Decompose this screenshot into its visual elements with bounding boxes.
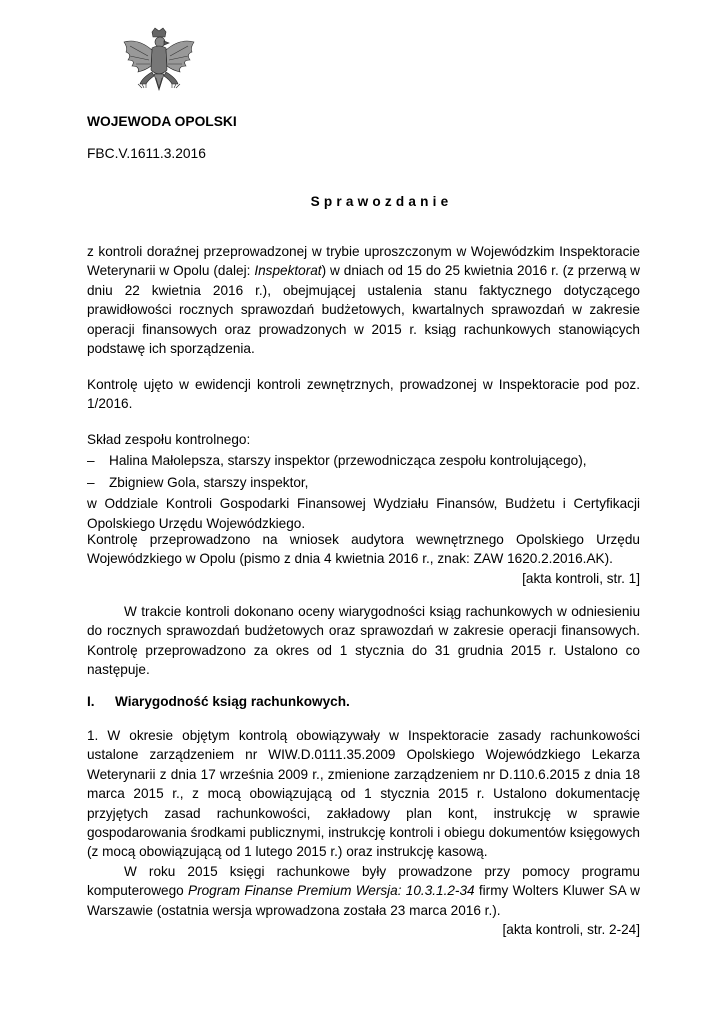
document-title: Sprawozdanie xyxy=(0,194,725,209)
intro-paragraph: z kontroli doraźnej przeprowadzonej w tr… xyxy=(87,242,640,358)
team-unit: w Oddziale Kontroli Gospodarki Finansowe… xyxy=(87,494,640,533)
team-member-text: Halina Małolepsza, starszy inspektor (pr… xyxy=(109,451,587,470)
section-title: Wiarygodność ksiąg rachunkowych. xyxy=(115,694,350,709)
request-paragraph: Kontrolę przeprowadzono na wniosek audyt… xyxy=(87,530,640,569)
point-1-paragraph: 1. W okresie objętym kontrolą obowiązywa… xyxy=(87,726,640,862)
team-member: – Zbigniew Gola, starszy inspektor, xyxy=(87,473,640,492)
reference-number: FBC.V.1611.3.2016 xyxy=(87,146,640,161)
intro-italic-term: Inspektorat xyxy=(254,263,321,278)
organization-name: WOJEWODA OPOLSKI xyxy=(87,114,640,129)
software-paragraph: W roku 2015 księgi rachunkowe były prowa… xyxy=(87,862,640,920)
section-heading: I.Wiarygodność ksiąg rachunkowych. xyxy=(87,694,640,709)
request-section: Kontrolę przeprowadzono na wniosek audyt… xyxy=(87,530,640,588)
registry-paragraph: Kontrolę ujęto w ewidencji kontroli zewn… xyxy=(87,375,640,414)
citation: [akta kontroli, str. 1] xyxy=(87,569,640,588)
team-member-text: Zbigniew Gola, starszy inspektor, xyxy=(109,473,308,492)
point-1: 1. W okresie objętym kontrolą obowiązywa… xyxy=(87,726,640,939)
polish-eagle-emblem-icon xyxy=(118,26,200,102)
citation: [akta kontroli, str. 2-24] xyxy=(87,920,640,939)
dash-bullet-icon: – xyxy=(87,451,109,470)
assessment-paragraph: W trakcie kontroli dokonano oceny wiaryg… xyxy=(87,602,640,680)
document-page: WOJEWODA OPOLSKI FBC.V.1611.3.2016 Spraw… xyxy=(0,0,725,1024)
team-section: Skład zespołu kontrolnego: – Halina Mało… xyxy=(87,430,640,533)
dash-bullet-icon: – xyxy=(87,473,109,492)
software-name: Program Finanse Premium Wersja: 10.3.1.2… xyxy=(188,883,475,898)
section-number: I. xyxy=(87,694,115,709)
team-heading: Skład zespołu kontrolnego: xyxy=(87,430,640,449)
team-member: – Halina Małolepsza, starszy inspektor (… xyxy=(87,451,640,470)
